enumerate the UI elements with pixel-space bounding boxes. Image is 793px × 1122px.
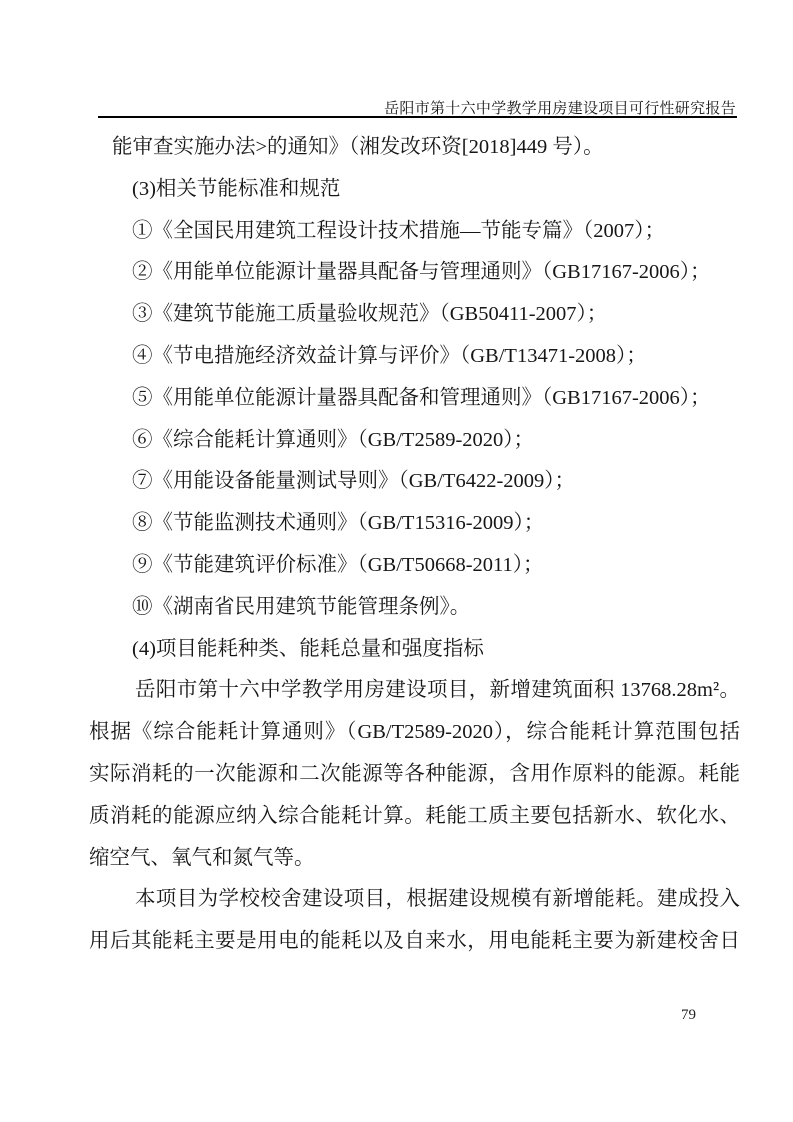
document-body: 能审查实施办法>的通知》（湘发改环资[2018]449 号）。 (3)相关节能标… [89,127,740,963]
document-page: 岳阳市第十六中学教学用房建设项目可行性研究报告 能审查实施办法>的通知》（湘发改… [0,0,793,1122]
list-item-9: ⑨《节能建筑评价标准》（GB/T50668-2011）； [89,545,740,587]
paragraph-line: 根据《综合能耗计算通则》（GB/T2589-2020），综合能耗计算范围包括 [89,712,740,754]
paragraph-line: 缩空气、氧气和氮气等。 [89,838,740,880]
list-item-1: ①《全国民用建筑工程设计技术措施—节能专篇》（2007）； [89,211,740,253]
list-item-6: ⑥《综合能耗计算通则》（GB/T2589-2020）； [89,420,740,462]
paragraph-line: 用后其能耗主要是用电的能耗以及自来水，用电能耗主要为新建校舍日 [89,921,740,963]
paragraph-continuation-line: 能审查实施办法>的通知》（湘发改环资[2018]449 号）。 [89,127,740,169]
header-title: 岳阳市第十六中学教学用房建设项目可行性研究报告 [0,97,736,118]
paragraph-line: 质消耗的能源应纳入综合能耗计算。耗能工质主要包括新水、软化水、压 [89,796,740,838]
list-item-2: ②《用能单位能源计量器具配备与管理通则》（GB17167-2006）； [89,252,740,294]
list-item-5: ⑤《用能单位能源计量器具配备和管理通则》（GB17167-2006）； [89,378,740,420]
paragraph-line: 岳阳市第十六中学教学用房建设项目，新增建筑面积 13768.28m²。 [89,670,740,712]
section-heading-4: (4)项目能耗种类、能耗总量和强度指标 [89,629,740,671]
list-item-10: ⑩《湖南省民用建筑节能管理条例》。 [89,587,740,629]
list-item-4: ④《节电措施经济效益计算与评价》（GB/T13471-2008）； [89,336,740,378]
page-number: 79 [681,1007,696,1024]
list-item-3: ③《建筑节能施工质量验收规范》（GB50411-2007）； [89,294,740,336]
header-rule [98,116,737,118]
list-item-7: ⑦《用能设备能量测试导则》（GB/T6422-2009）； [89,461,740,503]
section-heading-3: (3)相关节能标准和规范 [89,169,740,211]
paragraph-line: 实际消耗的一次能源和二次能源等各种能源，含用作原料的能源。耗能工 [89,754,740,796]
list-item-8: ⑧《节能监测技术通则》（GB/T15316-2009）； [89,503,740,545]
paragraph-line: 本项目为学校校舍建设项目，根据建设规模有新增能耗。建成投入使 [89,879,740,921]
